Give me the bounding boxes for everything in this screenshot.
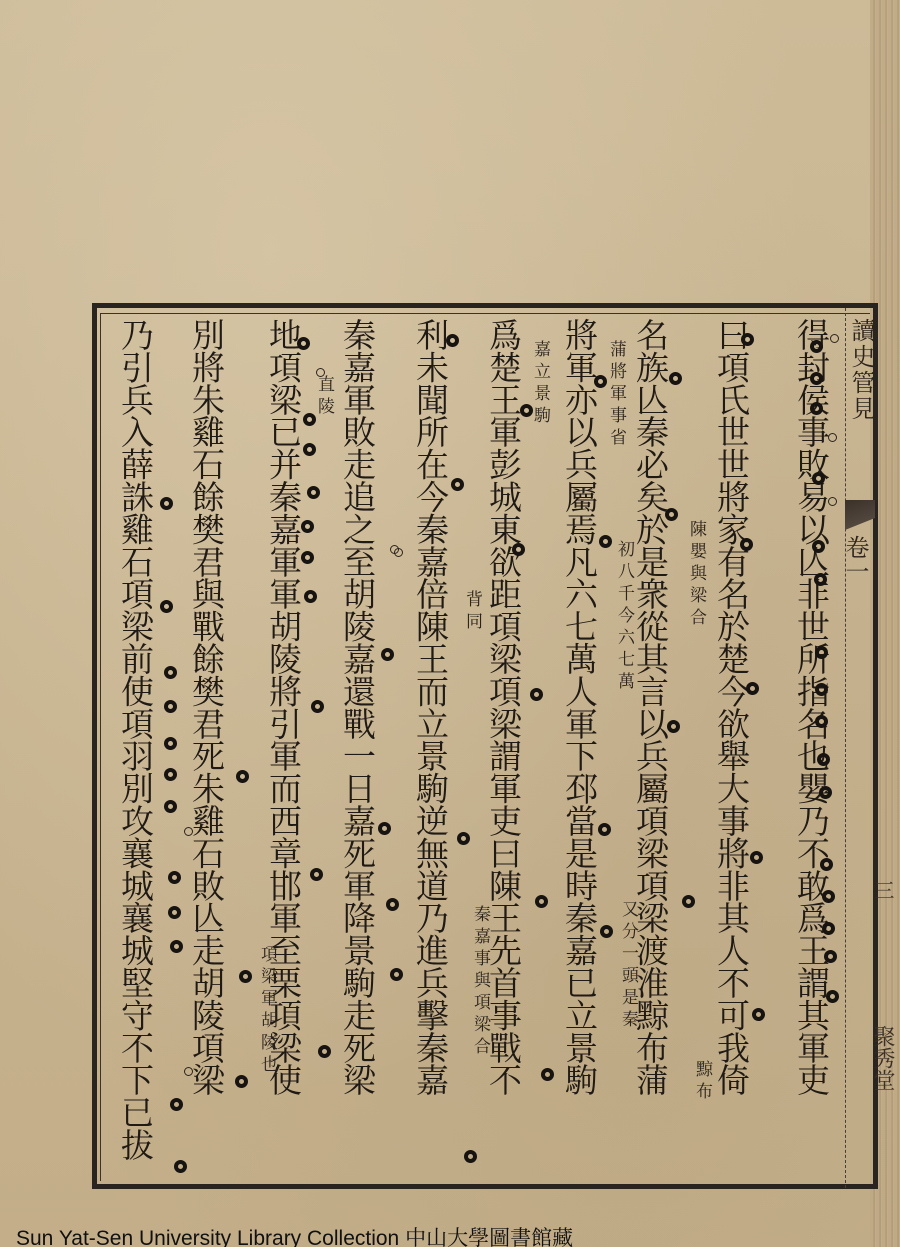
emphasis-circle-icon <box>682 895 695 908</box>
emphasis-circle-icon <box>535 895 548 908</box>
emphasis-circle-icon <box>665 508 678 521</box>
emphasis-circle-icon <box>746 682 759 695</box>
emphasis-circle-icon <box>599 535 612 548</box>
emphasis-circle-icon <box>446 334 459 347</box>
emphasis-circle-icon <box>740 538 753 551</box>
emphasis-circle-icon <box>812 540 825 553</box>
emphasis-circle-icon <box>810 340 823 353</box>
emphasis-circle-icon <box>820 858 833 871</box>
emphasis-circle-icon <box>239 970 252 983</box>
emphasis-circle-icon <box>667 720 680 733</box>
emphasis-circle-icon <box>236 770 249 783</box>
emphasis-circle-icon <box>669 372 682 385</box>
emphasis-circle-icon <box>541 1068 554 1081</box>
volume-label: 卷一 <box>849 535 873 583</box>
annotation: 初八千今六七萬 <box>612 540 637 694</box>
emphasis-circle-icon <box>164 737 177 750</box>
emphasis-circle-icon <box>386 898 399 911</box>
emphasis-circle-icon <box>594 375 607 388</box>
emphasis-circle-icon <box>822 922 835 935</box>
emphasis-circle-icon <box>164 800 177 813</box>
emphasis-circle-icon <box>464 1150 477 1163</box>
emphasis-circle-icon <box>310 868 323 881</box>
annotation: 項梁軍胡陵也 <box>255 945 280 1077</box>
small-circle-mark-icon <box>184 1067 193 1076</box>
emphasis-circle-icon <box>810 402 823 415</box>
small-circle-mark-icon <box>830 334 839 343</box>
emphasis-circle-icon <box>815 683 828 696</box>
emphasis-circle-icon <box>512 543 525 556</box>
emphasis-circle-icon <box>600 925 613 938</box>
emphasis-circle-icon <box>824 950 837 963</box>
emphasis-circle-icon <box>164 666 177 679</box>
text-column-7: 秦嘉軍敗走追之至胡陵嘉還戰一日嘉死軍降景駒走死梁 <box>339 318 375 1096</box>
emphasis-circle-icon <box>160 497 173 510</box>
small-circle-mark-icon <box>828 433 837 442</box>
emphasis-circle-icon <box>318 1045 331 1058</box>
emphasis-circle-icon <box>381 648 394 661</box>
emphasis-circle-icon <box>164 700 177 713</box>
emphasis-circle-icon <box>311 700 324 713</box>
emphasis-circle-icon <box>235 1075 248 1088</box>
annotation: 秦嘉事與項梁合 <box>468 905 493 1059</box>
publisher-mark: 聚秀堂 <box>872 1025 898 1091</box>
emphasis-circle-icon <box>303 443 316 456</box>
annotation: 嘉立景駒 <box>528 340 553 428</box>
book-title: 讀史管見 <box>849 318 873 422</box>
annotation: 黥布 <box>690 1060 715 1104</box>
small-circle-mark-icon <box>390 545 399 554</box>
emphasis-circle-icon <box>168 871 181 884</box>
emphasis-circle-icon <box>174 1160 187 1173</box>
emphasis-circle-icon <box>520 404 533 417</box>
emphasis-circle-icon <box>307 486 320 499</box>
text-column-9: 別將朱雞石餘樊君與戰餘樊君死朱雞石敗亾走胡陵項梁 <box>188 318 224 1096</box>
annotation: 背同 <box>460 590 485 634</box>
emphasis-circle-icon <box>814 573 827 586</box>
text-column-6: 利未聞所在今秦嘉倍陳王而立景駒逆無道乃進兵擊秦嘉 <box>412 318 448 1096</box>
page-number: 三 <box>876 880 898 900</box>
text-column-4: 將軍亦以兵屬焉凡六七萬人軍下邳當是時秦嘉已立景駒 <box>561 318 597 1096</box>
emphasis-circle-icon <box>752 1008 765 1021</box>
emphasis-circle-icon <box>826 990 839 1003</box>
text-column-10: 乃引兵入薛誅雞石項梁前使項羽別攻襄城襄城堅守不下已拔 <box>117 318 153 1160</box>
emphasis-circle-icon <box>817 753 830 766</box>
annotation: 又分一頭是秦 <box>616 900 641 1032</box>
text-column-2: 曰項氏世世將家有名於楚今欲舉大事將非其人不可我倚 <box>713 318 749 1096</box>
emphasis-circle-icon <box>303 413 316 426</box>
emphasis-circle-icon <box>297 337 310 350</box>
emphasis-circle-icon <box>451 478 464 491</box>
emphasis-circle-icon <box>170 1098 183 1111</box>
small-circle-mark-icon <box>828 497 837 506</box>
emphasis-circle-icon <box>457 832 470 845</box>
emphasis-circle-icon <box>741 333 754 346</box>
emphasis-circle-icon <box>164 768 177 781</box>
emphasis-circle-icon <box>168 906 181 919</box>
small-circle-mark-icon <box>184 827 193 836</box>
text-column-1: 得封侯事敗易以亾非世所指名也嬰乃不敢爲王謂其軍吏 <box>793 318 829 1096</box>
emphasis-circle-icon <box>304 590 317 603</box>
emphasis-circle-icon <box>378 822 391 835</box>
emphasis-circle-icon <box>815 646 828 659</box>
emphasis-circle-icon <box>170 940 183 953</box>
emphasis-circle-icon <box>819 786 832 799</box>
emphasis-circle-icon <box>301 520 314 533</box>
emphasis-circle-icon <box>160 600 173 613</box>
library-credit: Sun Yat-Sen University Library Collectio… <box>16 1222 573 1247</box>
emphasis-circle-icon <box>810 372 823 385</box>
small-circle-mark-icon <box>316 368 325 377</box>
emphasis-circle-icon <box>815 715 828 728</box>
annotation: 蒲將軍事省 <box>604 340 629 450</box>
emphasis-circle-icon <box>390 968 403 981</box>
annotation: 直陵 <box>312 375 337 419</box>
emphasis-circle-icon <box>301 551 314 564</box>
emphasis-circle-icon <box>598 823 611 836</box>
emphasis-circle-icon <box>822 890 835 903</box>
emphasis-circle-icon <box>530 688 543 701</box>
annotation: 陳嬰與梁合 <box>684 520 709 630</box>
emphasis-circle-icon <box>812 472 825 485</box>
emphasis-circle-icon <box>750 851 763 864</box>
